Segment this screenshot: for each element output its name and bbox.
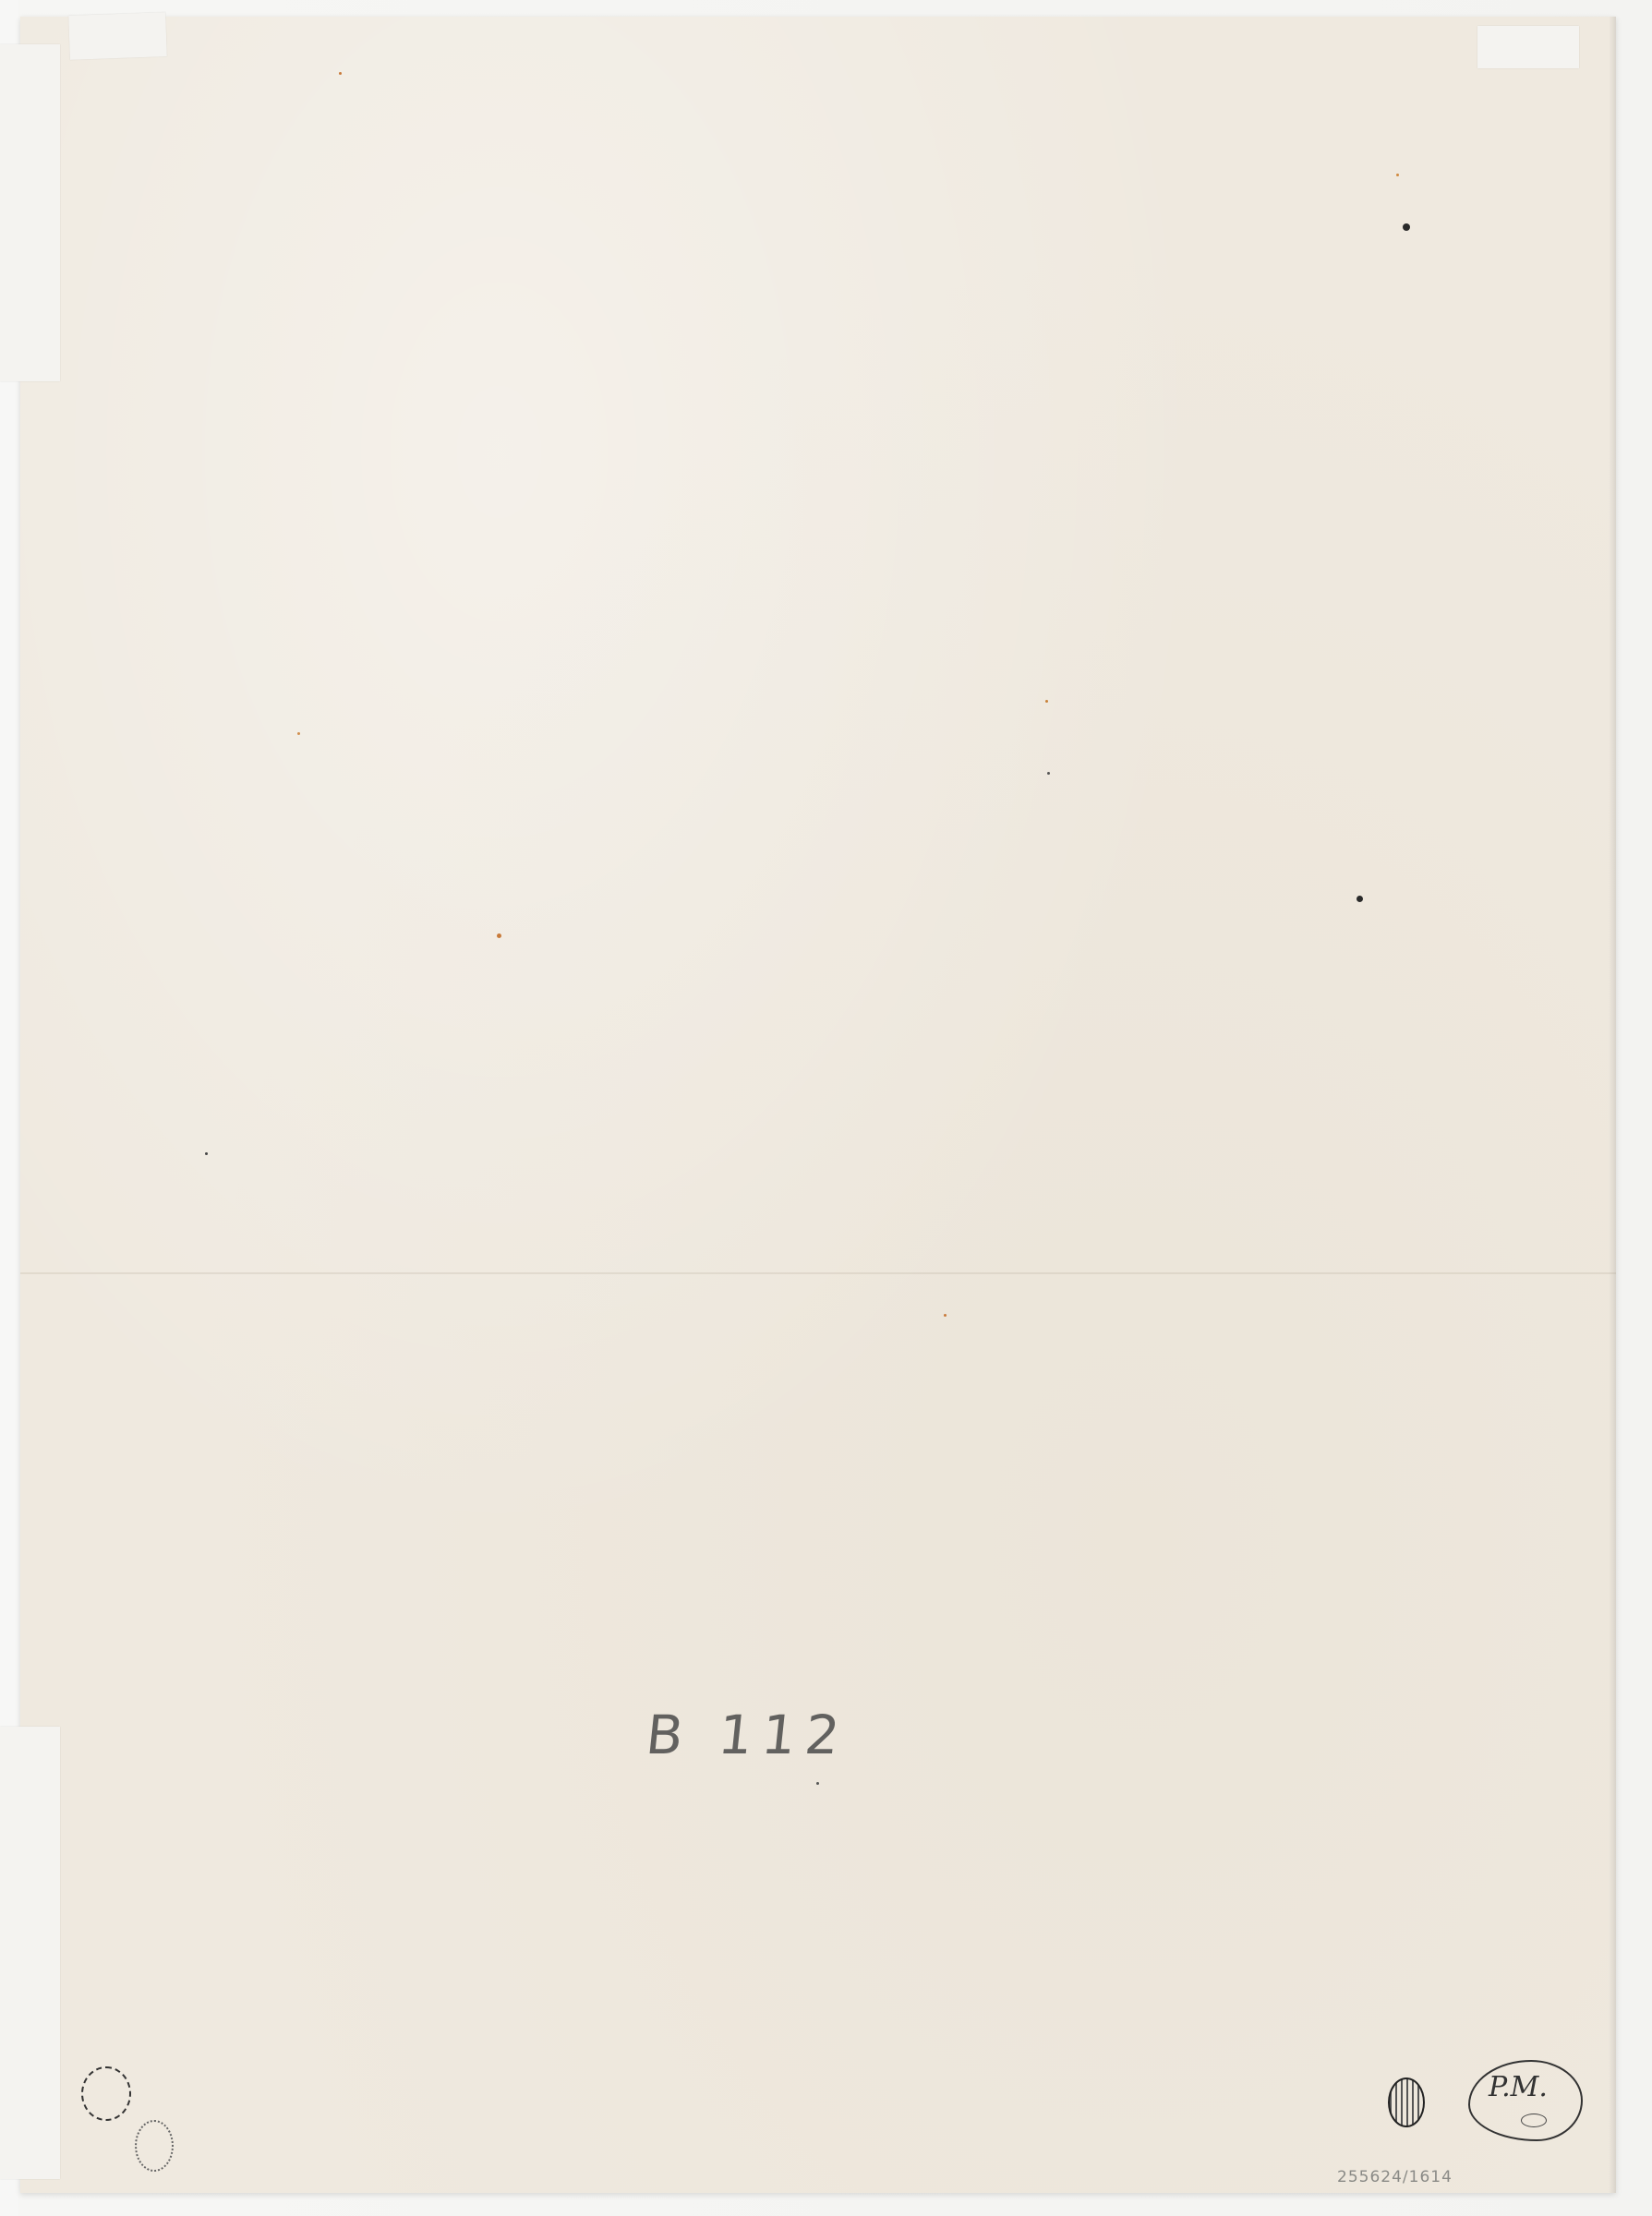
foxing-speck	[1357, 896, 1363, 902]
oval-stamp-icon	[135, 2120, 174, 2172]
circular-stamp-icon	[81, 2066, 131, 2121]
crest-stamp-icon	[1388, 2077, 1425, 2127]
mounting-tab-top-left	[68, 12, 167, 60]
inventory-number: 255624/1614	[1337, 2168, 1453, 2186]
foxing-speck	[944, 1314, 947, 1317]
foxing-speck	[339, 72, 342, 75]
pencil-catalogue-note: B 112	[643, 1704, 851, 1766]
foxing-speck	[497, 933, 501, 938]
foxing-speck	[816, 1782, 819, 1785]
mounting-tab-top-right	[1477, 26, 1579, 68]
mounting-hinge-left-bottom	[0, 1727, 60, 2179]
sheet-right-edge-shadow	[1609, 17, 1616, 2193]
collector-mark-initials: P.M.	[1489, 2071, 1548, 2103]
foxing-speck	[1047, 772, 1050, 775]
foxing-speck	[1403, 223, 1410, 231]
foxing-speck	[1045, 700, 1048, 703]
foxing-speck	[205, 1152, 208, 1155]
paper-sheet-verso	[20, 17, 1616, 2193]
fold-line	[20, 1272, 1616, 1274]
mounting-hinge-left-top	[0, 44, 60, 381]
palette-thumb-hole-icon	[1521, 2114, 1547, 2127]
foxing-speck	[1396, 174, 1399, 176]
foxing-speck	[297, 732, 300, 735]
scan-background: B 112 P.M. 255624/1614	[0, 0, 1652, 2216]
